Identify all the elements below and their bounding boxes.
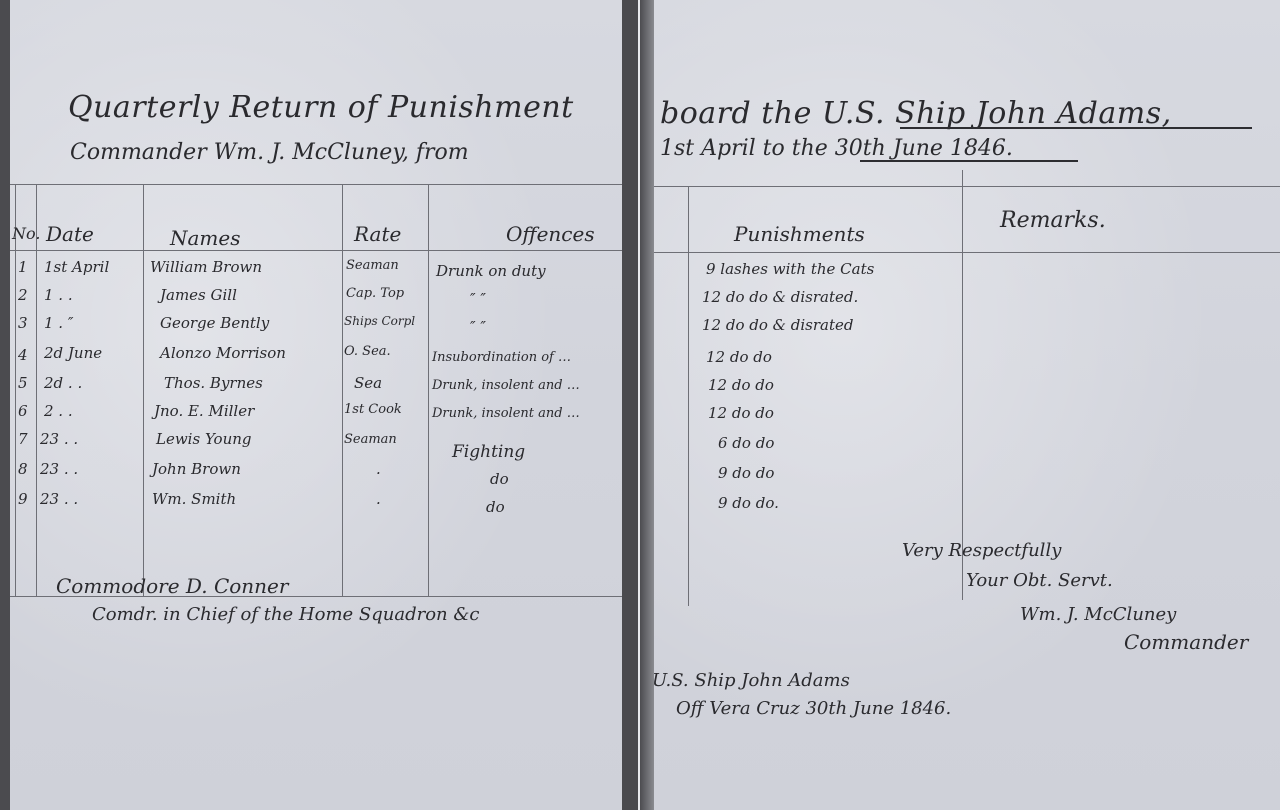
row-date: 23 . . bbox=[40, 430, 78, 448]
header-rule-left bbox=[10, 250, 622, 251]
closing-respectfully: Very Respectfully bbox=[902, 540, 1061, 561]
title-left: Quarterly Return of Punishment bbox=[68, 90, 574, 125]
row-no: 1 bbox=[18, 258, 28, 276]
row-punishment: 12 do do bbox=[708, 376, 774, 394]
row-rate: Ships Corpl bbox=[344, 314, 415, 328]
col-line bbox=[36, 184, 37, 596]
row-rate: O. Sea. bbox=[344, 344, 391, 359]
table-top-rule-right bbox=[654, 186, 1280, 187]
row-rate: Seaman bbox=[346, 258, 399, 273]
row-offence: ″ ″ bbox=[470, 318, 486, 336]
header-rate: Rate bbox=[354, 222, 401, 246]
col-line bbox=[342, 184, 343, 596]
row-rate: Cap. Top bbox=[346, 286, 404, 301]
row-punishment: 12 do do & disrated bbox=[702, 316, 854, 334]
col-line bbox=[15, 184, 16, 596]
row-offence: Insubordination of … bbox=[432, 350, 571, 365]
row-date: 23 . . bbox=[40, 460, 78, 478]
row-punishment: 6 do do bbox=[718, 434, 774, 452]
table-top-rule-left bbox=[10, 184, 622, 185]
row-punishment: 12 do do & disrated. bbox=[702, 288, 858, 306]
row-date: 1 . ″ bbox=[44, 314, 73, 332]
row-date: 1 . . bbox=[44, 286, 73, 304]
row-no: 9 bbox=[18, 490, 28, 508]
row-no: 5 bbox=[18, 374, 28, 392]
row-rate: · bbox=[376, 494, 381, 512]
col-line bbox=[143, 184, 144, 596]
header-remarks: Remarks. bbox=[1000, 208, 1106, 233]
header-punishments: Punishments bbox=[734, 222, 865, 246]
row-no: 7 bbox=[18, 430, 28, 448]
row-name: George Bently bbox=[160, 314, 269, 332]
row-punishment: 12 do do bbox=[706, 348, 772, 366]
row-punishment: 9 do do. bbox=[718, 494, 779, 512]
date-underline bbox=[860, 160, 1078, 162]
col-line bbox=[688, 186, 689, 606]
header-date: Date bbox=[46, 222, 94, 246]
row-no: 2 bbox=[18, 286, 28, 304]
row-date: 1st April bbox=[44, 258, 109, 276]
row-punishment: 9 do do bbox=[718, 464, 774, 482]
row-punishment: 9 lashes with the Cats bbox=[706, 260, 874, 278]
closing-signature: Wm. J. McCluney bbox=[1020, 604, 1176, 625]
row-name: John Brown bbox=[152, 460, 241, 478]
row-offence: Drunk, insolent and … bbox=[432, 378, 580, 393]
row-name: Wm. Smith bbox=[152, 490, 236, 508]
row-offence: do bbox=[486, 498, 505, 516]
place-date: Off Vera Cruz 30th June 1846. bbox=[676, 698, 951, 719]
row-date: 23 . . bbox=[40, 490, 78, 508]
header-no: No. bbox=[12, 224, 40, 243]
row-no: 4 bbox=[18, 346, 28, 364]
row-name: James Gill bbox=[160, 286, 237, 304]
col-line bbox=[428, 184, 429, 596]
row-date: 2d . . bbox=[44, 374, 82, 392]
row-name: Lewis Young bbox=[156, 430, 252, 448]
row-rate: Seaman bbox=[344, 432, 397, 447]
row-no: 6 bbox=[18, 402, 28, 420]
ship-underline bbox=[900, 127, 1252, 129]
addressee-title: Comdr. in Chief of the Home Squadron &c bbox=[92, 604, 479, 625]
header-names: Names bbox=[170, 226, 241, 250]
row-no: 3 bbox=[18, 314, 28, 332]
row-rate: · bbox=[376, 464, 381, 482]
row-offence: Drunk, insolent and … bbox=[432, 406, 580, 421]
row-offence: Drunk on duty bbox=[436, 262, 546, 280]
row-offence: do bbox=[490, 470, 509, 488]
row-name: Alonzo Morrison bbox=[160, 344, 286, 362]
header-offences: Offences bbox=[506, 222, 595, 246]
closing-servant: Your Obt. Servt. bbox=[966, 570, 1113, 591]
row-name: Thos. Byrnes bbox=[164, 374, 263, 392]
col-line bbox=[962, 170, 963, 600]
subtitle-right: 1st April to the 30th June 1846. bbox=[660, 136, 1013, 161]
title-right: board the U.S. Ship John Adams, bbox=[660, 96, 1172, 131]
row-punishment: 12 do do bbox=[708, 404, 774, 422]
row-rate: 1st Cook bbox=[344, 402, 402, 417]
row-name: William Brown bbox=[150, 258, 262, 276]
header-rule-right bbox=[654, 252, 1280, 253]
row-no: 8 bbox=[18, 460, 28, 478]
place-ship: U.S. Ship John Adams bbox=[652, 670, 850, 691]
row-offence: Fighting bbox=[452, 442, 525, 462]
book-spine-shadow bbox=[622, 0, 638, 810]
row-date: 2 . . bbox=[44, 402, 73, 420]
row-date: 2d June bbox=[44, 344, 102, 362]
row-name: Jno. E. Miller bbox=[154, 402, 254, 420]
subtitle-left: Commander Wm. J. McCluney, from bbox=[70, 140, 469, 165]
row-offence: ″ ″ bbox=[470, 290, 486, 308]
addressee-name: Commodore D. Conner bbox=[56, 574, 288, 598]
row-rate: Sea bbox=[354, 374, 382, 392]
book-left-edge bbox=[0, 0, 10, 810]
closing-rank: Commander bbox=[1124, 630, 1248, 654]
